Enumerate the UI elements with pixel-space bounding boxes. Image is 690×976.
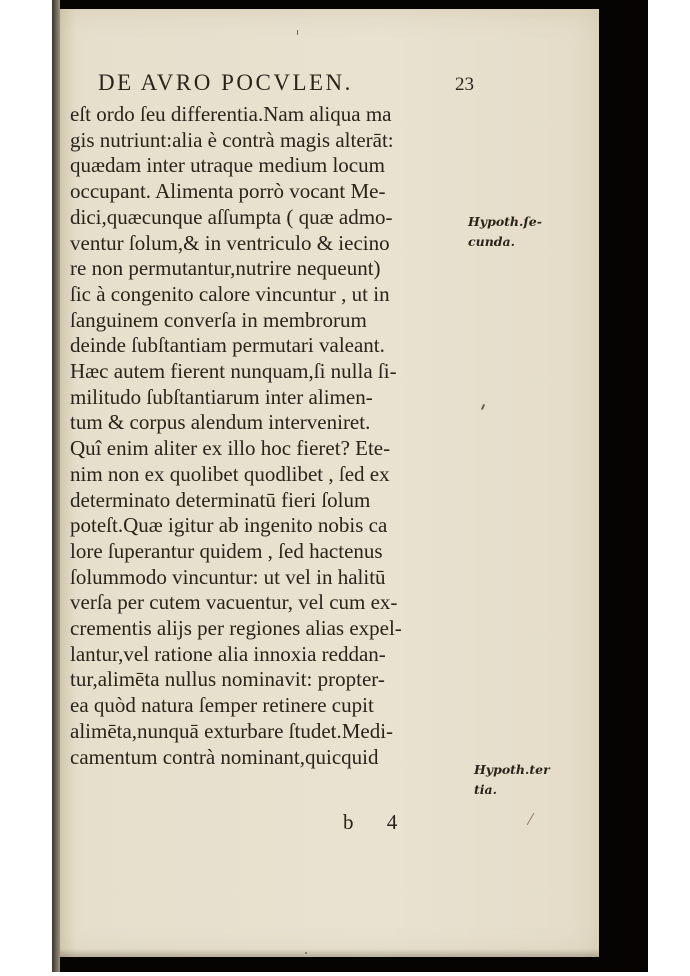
text-line: ſic à congenito calore vincuntur , ut in — [70, 282, 480, 308]
text-line: crementis alijs per regiones alias expel… — [70, 616, 480, 642]
text-line: lantur,vel ratione alia innoxia reddan- — [70, 642, 480, 668]
text-line: poteſt.Quæ igitur ab ingenito nobis ca — [70, 513, 480, 539]
text-line: re non permutantur,nutrire nequeunt) — [70, 256, 480, 282]
marginal-note-line: Hypoth.ter — [474, 760, 550, 780]
marginal-note-hypothesis-second: Hypoth.ſe- cunda. — [468, 212, 542, 252]
text-line: Quî enim aliter ex illo hoc fieret? Ete- — [70, 436, 480, 462]
text-line: quædam inter utraque medium locum — [70, 153, 480, 179]
text-line: nim non ex quolibet quodlibet , ſed ex — [70, 462, 480, 488]
signature-mark: b 4 — [343, 810, 411, 835]
text-line: lore ſuperantur quidem , ſed hactenus — [70, 539, 480, 565]
marginal-note-line: tia. — [474, 780, 550, 800]
text-line: militudo ſubſtantiarum inter alimen- — [70, 385, 480, 411]
text-line: ea quòd natura ſemper retinere cupit — [70, 693, 480, 719]
body-text: eſt ordo ſeu differentia.Nam aliqua ma g… — [70, 102, 480, 770]
text-line: tur,alimēta nullus nominavit: propter- — [70, 667, 480, 693]
marginal-note-line: cunda. — [468, 232, 542, 252]
page-number: 23 — [455, 74, 474, 96]
text-line: determinato determinatū fieri ſolum — [70, 488, 480, 514]
text-line: camentum contrà nominant,quicquid — [70, 745, 480, 771]
text-line: tum & corpus alendum interveniret. — [70, 410, 480, 436]
text-line: gis nutriunt:alia è contrà magis alterāt… — [70, 128, 480, 154]
running-head: DE AVRO POCVLEN. 23 — [98, 70, 478, 96]
text-line: dici,quæcunque aſſumpta ( quæ admo- — [70, 205, 480, 231]
marginal-note-hypothesis-third: Hypoth.ter tia. — [474, 760, 550, 800]
paper-speck — [305, 952, 307, 954]
text-line: Hæc autem fierent nunquam,ſi nulla ſi- — [70, 359, 480, 385]
running-head-title: DE AVRO POCVLEN. — [98, 70, 353, 96]
page-gutter-shadow — [52, 0, 60, 972]
text-line: eſt ordo ſeu differentia.Nam aliqua ma — [70, 102, 480, 128]
text-line: ſanguinem converſa in membrorum — [70, 308, 480, 334]
text-line: alimēta,nunquā exturbare ſtudet.Medi- — [70, 719, 480, 745]
text-line: occupant. Alimenta porrò vocant Me- — [70, 179, 480, 205]
text-line: verſa per cutem vacuentur, vel cum ex- — [70, 590, 480, 616]
text-line: ſolummodo vincuntur: ut vel in halitū — [70, 565, 480, 591]
marginal-note-line: Hypoth.ſe- — [468, 212, 542, 232]
paper-speck — [297, 30, 298, 35]
text-line: ventur ſolum,& in ventriculo & iecino — [70, 231, 480, 257]
text-line: deinde ſubſtantiam permutari valeant. — [70, 333, 480, 359]
